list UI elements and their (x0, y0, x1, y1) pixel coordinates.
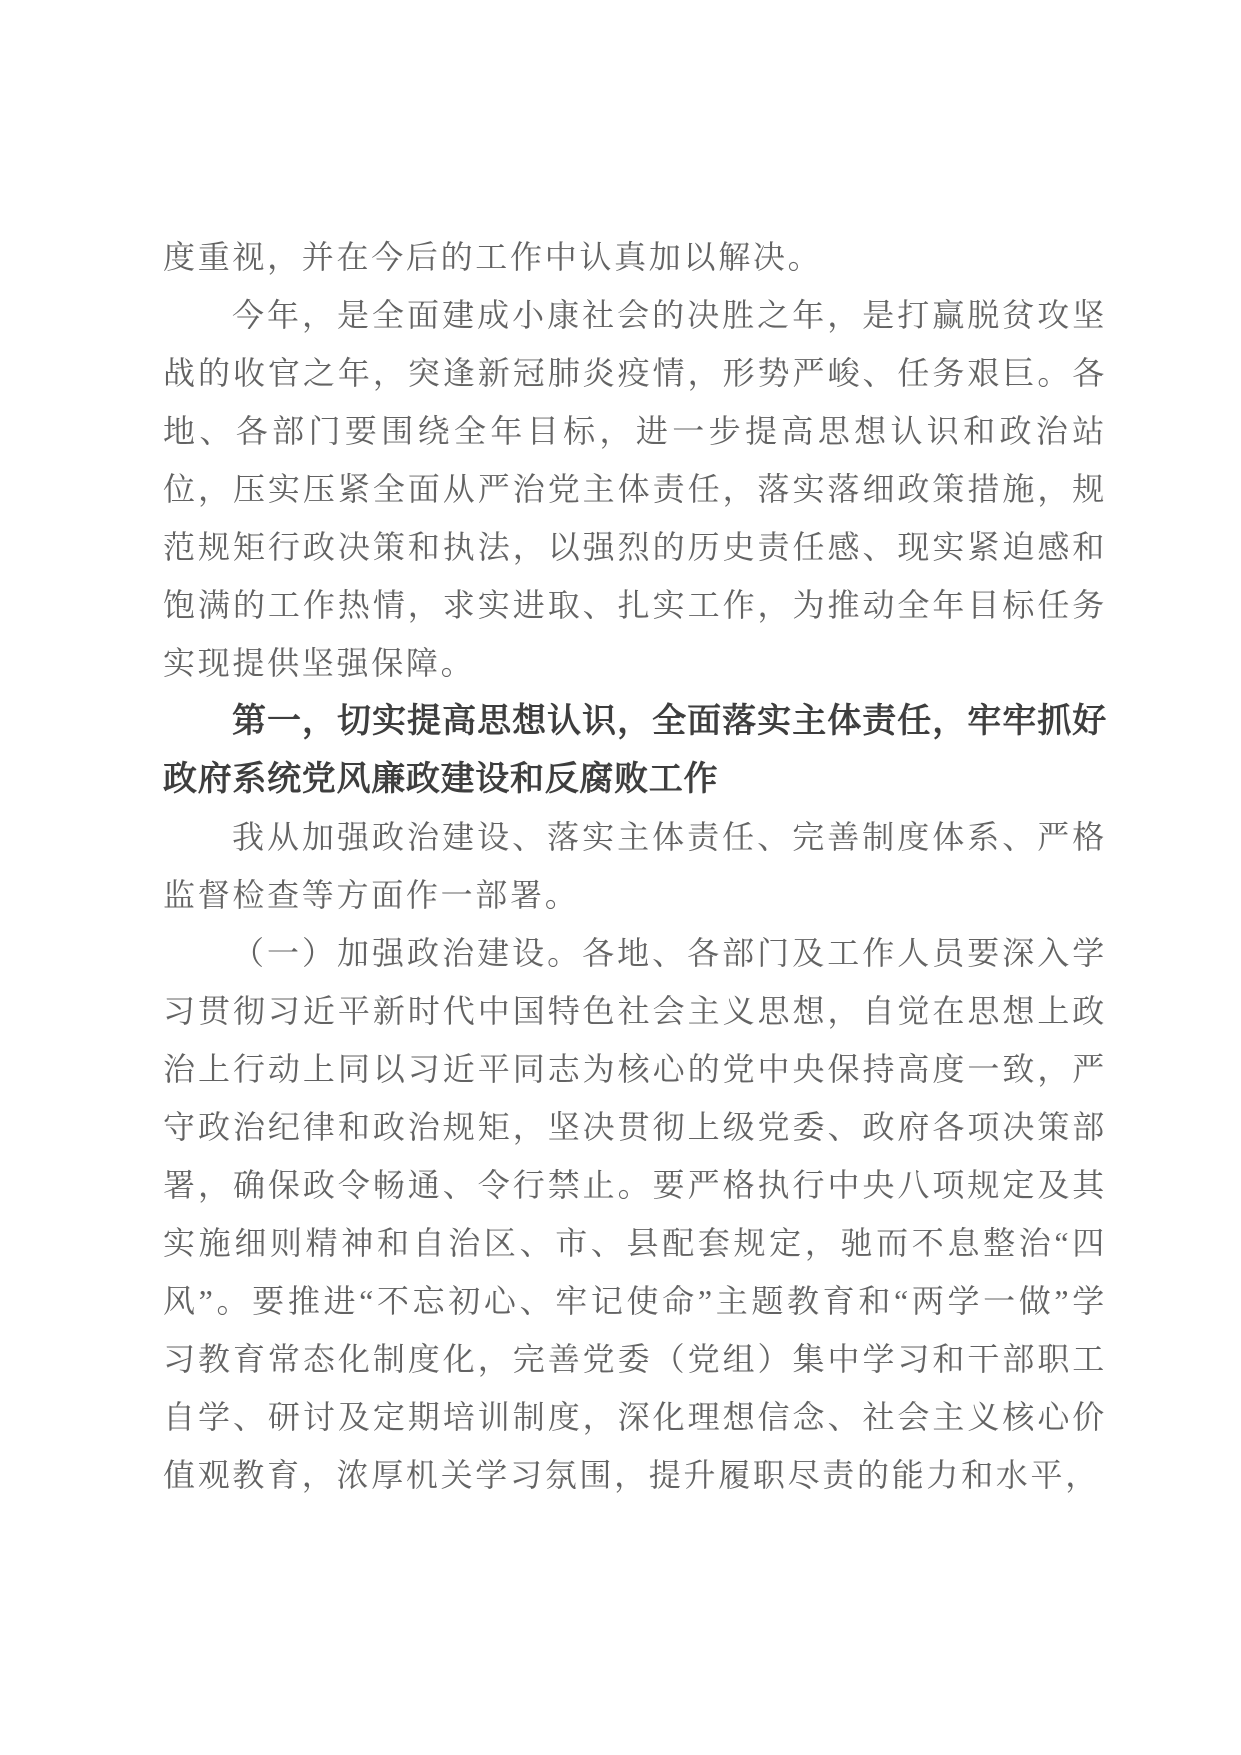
document-page: 度重视，并在今后的工作中认真加以解决。今年，是全面建成小康社会的决胜之年，是打赢… (0, 0, 1241, 1755)
body-paragraph: （一）加强政治建设。各地、各部门及工作人员要深入学习贯彻习近平新时代中国特色社会… (163, 924, 1107, 1504)
body-paragraph: 度重视，并在今后的工作中认真加以解决。 (163, 228, 1107, 286)
section-heading: 第一，切实提高思想认识，全面落实主体责任，牢牢抓好政府系统党风廉政建设和反腐败工… (163, 692, 1107, 808)
document-body: 度重视，并在今后的工作中认真加以解决。今年，是全面建成小康社会的决胜之年，是打赢… (163, 228, 1107, 1504)
body-paragraph: 我从加强政治建设、落实主体责任、完善制度体系、严格监督检查等方面作一部署。 (163, 808, 1107, 924)
body-paragraph: 今年，是全面建成小康社会的决胜之年，是打赢脱贫攻坚战的收官之年，突逢新冠肺炎疫情… (163, 286, 1107, 692)
